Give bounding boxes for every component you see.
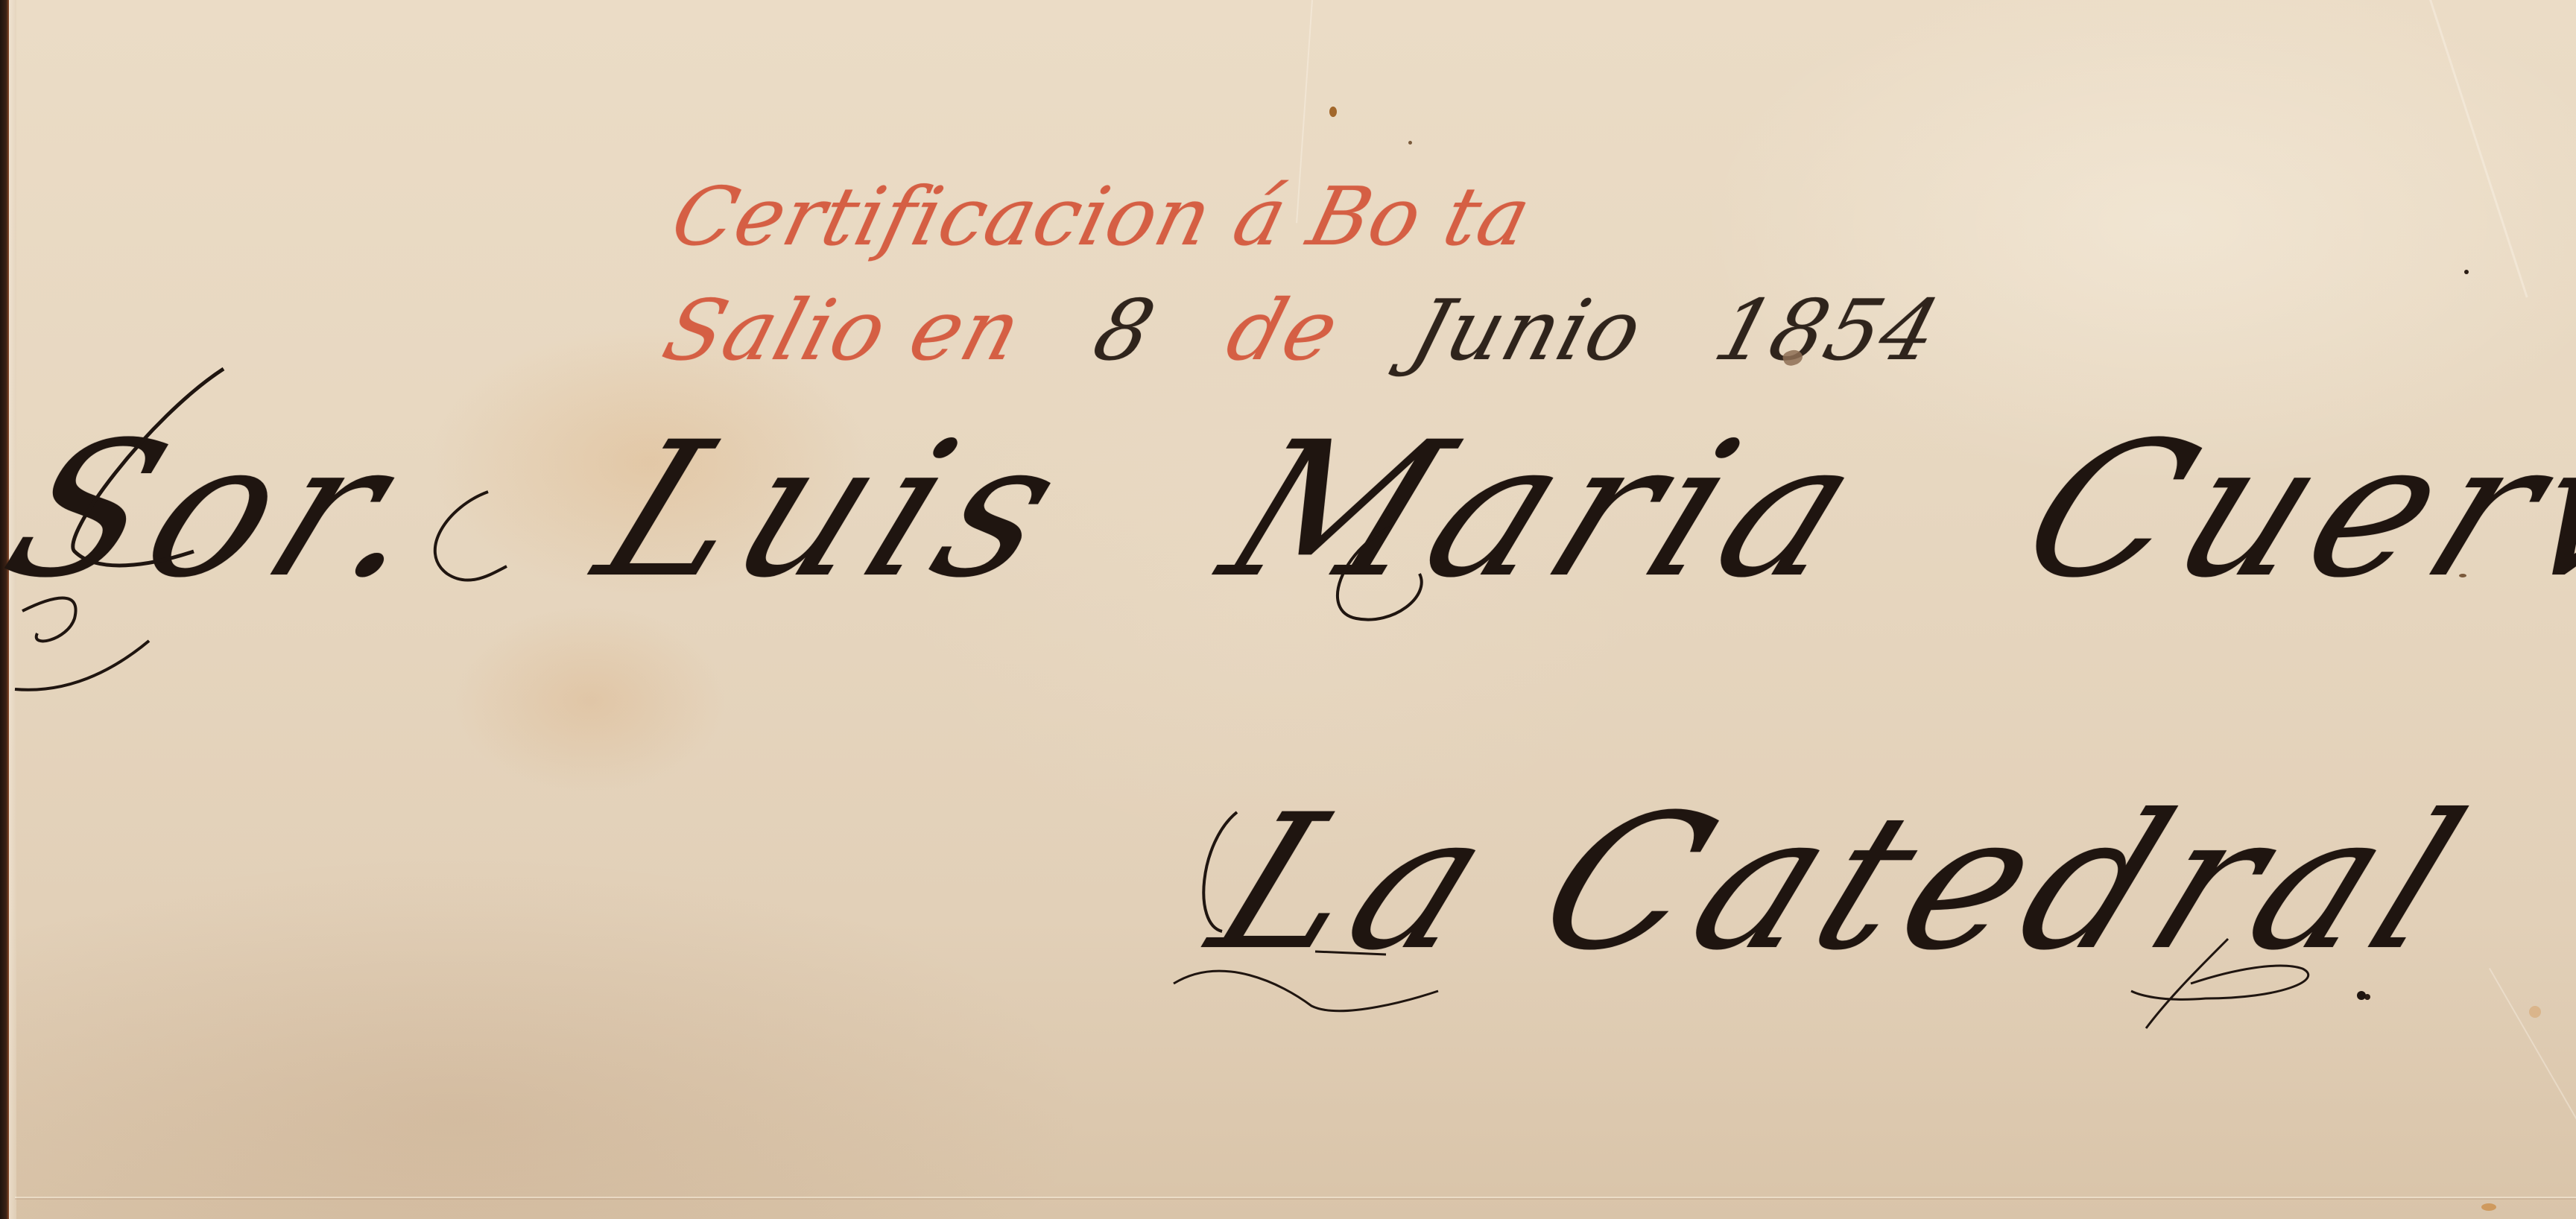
paper-speck	[1329, 107, 1337, 117]
addressee-first-name: Luis	[572, 402, 1101, 618]
period-mark	[2357, 991, 2366, 1000]
endorsement-year: 1854	[1706, 289, 1949, 373]
document-stage: Certificacion á Bo ta Salio en 8 de Juni…	[0, 0, 2576, 1219]
endorsement-de: de	[1218, 289, 1348, 373]
paper-speck	[2481, 1203, 2496, 1211]
endorsement-day: 8	[1086, 289, 1164, 373]
addressee-surname: Cuervo.	[1994, 402, 2576, 618]
destination-line: La Catedral	[1192, 790, 2493, 976]
bottom-fold-line	[15, 1197, 2576, 1198]
paper-speck	[2529, 1006, 2541, 1018]
endorsement-month: Junio	[1402, 289, 1652, 373]
endorsement-certification-line: Certificacion á Bo ta	[665, 177, 1539, 258]
destination-text: La Catedral	[1186, 774, 2499, 991]
endorsement-salio-en: Salio en	[655, 289, 1031, 373]
endorsement-departure-line: Salio en 8 de Junio 1854	[655, 289, 1949, 373]
addressee-line: Sor. Luis Maria Cuervo.	[0, 417, 2576, 604]
addressee-title: Sor.	[0, 402, 475, 618]
paper-speck	[2464, 270, 2469, 274]
paper-speck	[1408, 141, 1412, 145]
addressee-middle-name: Maria	[1197, 402, 1898, 618]
